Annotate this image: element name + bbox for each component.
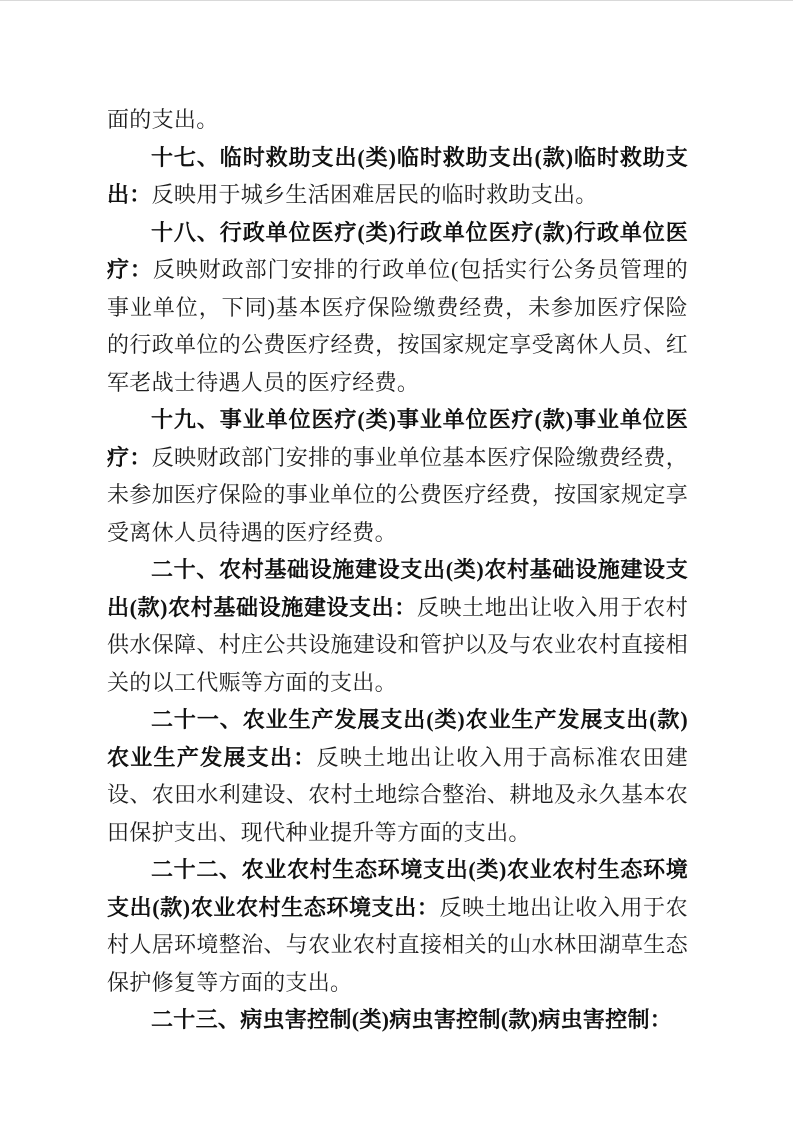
paragraph-section-23: 二十三、病虫害控制(类)病虫害控制(款)病虫害控制： xyxy=(107,1001,688,1039)
paragraph-section-19: 十九、事业单位医疗(类)事业单位医疗(款)事业单位医疗：反映财政部门安排的事业单… xyxy=(107,401,688,551)
paragraph-section-21: 二十一、农业生产发展支出(类)农业生产发展支出(款)农业生产发展支出：反映土地出… xyxy=(107,701,688,851)
document-page: 面的支出。 十七、临时救助支出(类)临时救助支出(款)临时救助支出：反映用于城乡… xyxy=(0,0,793,1122)
paragraph-section-22: 二十二、农业农村生态环境支出(类)农业农村生态环境支出(款)农业农村生态环境支出… xyxy=(107,851,688,1001)
paragraph-section-17: 十七、临时救助支出(类)临时救助支出(款)临时救助支出：反映用于城乡生活困难居民… xyxy=(107,139,688,214)
paragraph-body: 反映用于城乡生活困难居民的临时救助支出。 xyxy=(152,182,598,207)
paragraph-lead: 二十三、病虫害控制(类)病虫害控制(款)病虫害控制： xyxy=(151,1007,672,1032)
paragraph-continuation: 面的支出。 xyxy=(107,101,688,139)
paragraph-body: 面的支出。 xyxy=(107,107,219,132)
paragraph-body: 反映财政部门安排的行政单位(包括实行公务员管理的事业单位，下同)基本医疗保险缴费… xyxy=(107,257,688,395)
paragraph-section-18: 十八、行政单位医疗(类)行政单位医疗(款)行政单位医疗：反映财政部门安排的行政单… xyxy=(107,214,688,402)
document-content: 面的支出。 十七、临时救助支出(类)临时救助支出(款)临时救助支出：反映用于城乡… xyxy=(107,101,688,1039)
paragraph-section-20: 二十、农村基础设施建设支出(类)农村基础设施建设支出(款)农村基础设施建设支出：… xyxy=(107,551,688,701)
paragraph-body: 反映财政部门安排的事业单位基本医疗保险缴费经费，未参加医疗保险的事业单位的公费医… xyxy=(107,445,688,545)
